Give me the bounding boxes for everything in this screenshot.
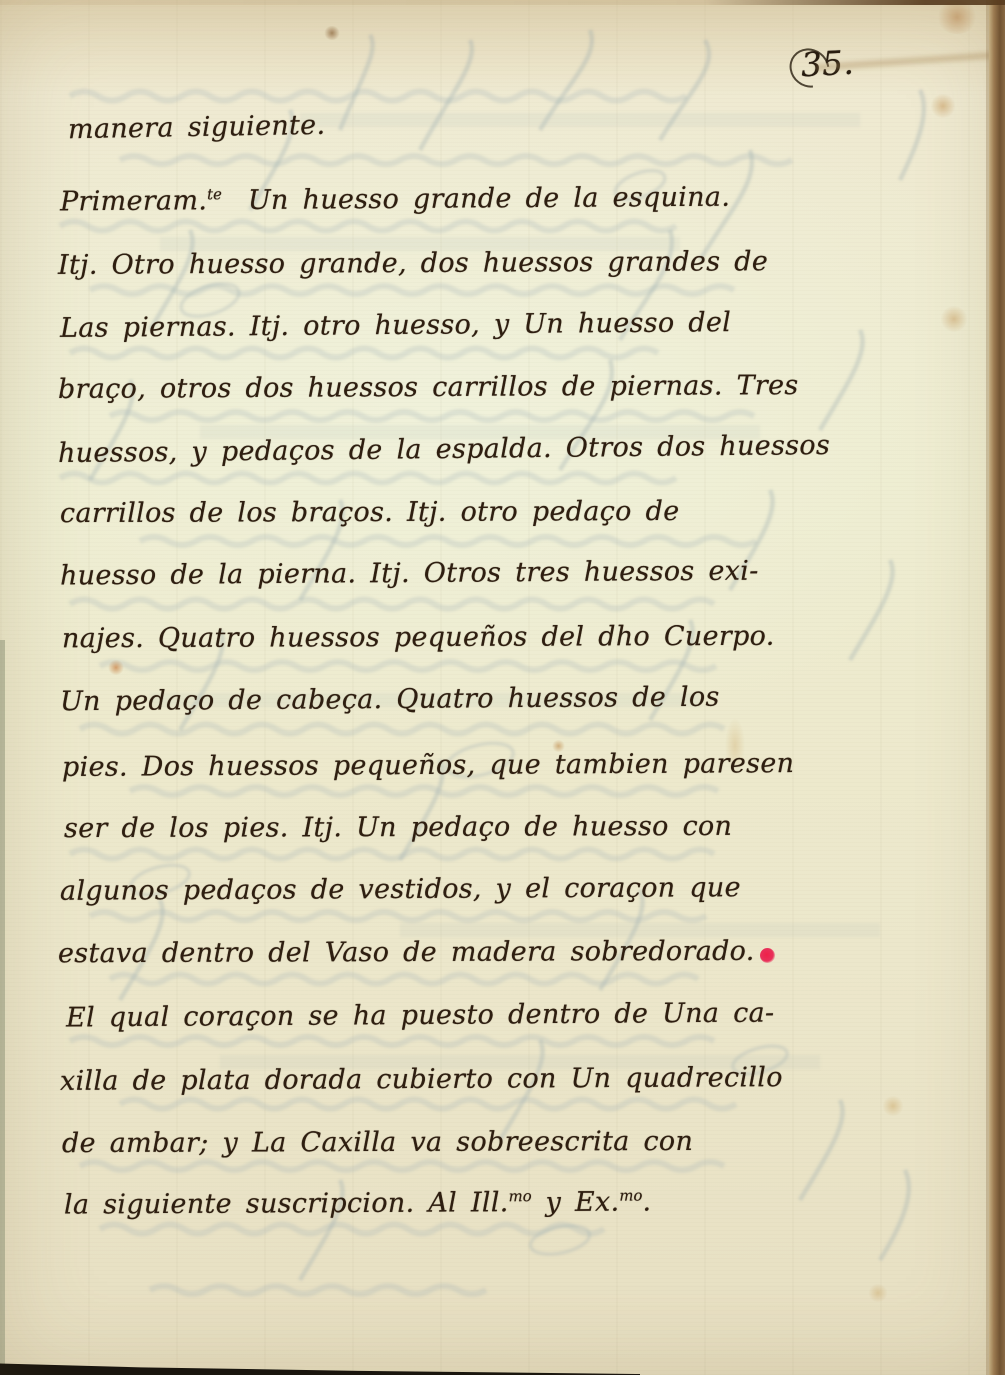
superscript-abbreviation: mo <box>509 1187 532 1205</box>
paper-stain <box>936 0 978 34</box>
paper-stain <box>324 26 340 40</box>
manuscript-line: xilla de plata dorada cubierto con Un qu… <box>60 1062 783 1097</box>
line-text: Primeram. <box>60 185 207 217</box>
superscript-abbreviation: mo <box>619 1187 642 1205</box>
line-text: la siguiente suscripcion. Al Ill. <box>64 1187 509 1220</box>
scan-edge-top <box>0 0 1005 5</box>
scan-edge-bottom <box>0 1359 640 1375</box>
manuscript-page: 35. manera siguiente. Primeram.teUn hues… <box>0 0 1005 1375</box>
line-text: y Ex. <box>532 1187 620 1218</box>
scan-edge-left <box>0 640 5 1375</box>
manuscript-line: estava dentro del Vaso de madera sobredo… <box>58 936 755 969</box>
paper-stain <box>868 1284 888 1302</box>
manuscript-line: carrillos de los braços. Itj. otro pedaç… <box>60 496 680 529</box>
manuscript-line: najes. Quatro huessos pequeños del dho C… <box>62 621 775 654</box>
manuscript-line: braço, otros dos huessos carrillos de pi… <box>58 370 799 405</box>
superscript-abbreviation: te <box>207 185 222 203</box>
manuscript-line: Itj. Otro huesso grande, dos huessos gra… <box>58 246 768 281</box>
manuscript-line: ser de los pies. Itj. Un pedaço de huess… <box>64 811 732 844</box>
paper-stain <box>930 94 956 118</box>
manuscript-line: la siguiente suscripcion. Al Ill.mo y Ex… <box>64 1186 651 1220</box>
paper-stain <box>882 1096 904 1116</box>
book-page-edge <box>989 0 1005 1375</box>
line-text: Un huesso grande de la esquina. <box>248 182 730 216</box>
manuscript-line: El qual coraçon se ha puesto dentro de U… <box>66 998 775 1034</box>
manuscript-line: pies. Dos huessos pequeños, que tambien … <box>62 748 794 783</box>
manuscript-line: de ambar; y La Caxilla va sobreescrita c… <box>62 1126 693 1159</box>
red-ink-dot <box>760 948 775 963</box>
manuscript-line: Las piernas. Itj. otro huesso, y Un hues… <box>60 307 731 344</box>
manuscript-line: huessos, y pedaços de la espalda. Otros … <box>58 430 830 469</box>
line-text: . <box>642 1186 651 1217</box>
paper-stain <box>940 306 968 332</box>
manuscript-line: algunos pedaços de vestidos, y el coraço… <box>60 872 741 907</box>
paper-stain <box>108 660 124 675</box>
manuscript-line: Un pedaço de cabeça. Quatro huessos de l… <box>60 682 720 718</box>
page-number: 35. <box>800 43 854 85</box>
manuscript-line: Primeram.teUn huesso grande de la esquin… <box>60 182 730 218</box>
manuscript-line: manera siguiente. <box>68 110 326 145</box>
manuscript-line: huesso de la pierna. Itj. Otros tres hue… <box>60 556 759 592</box>
